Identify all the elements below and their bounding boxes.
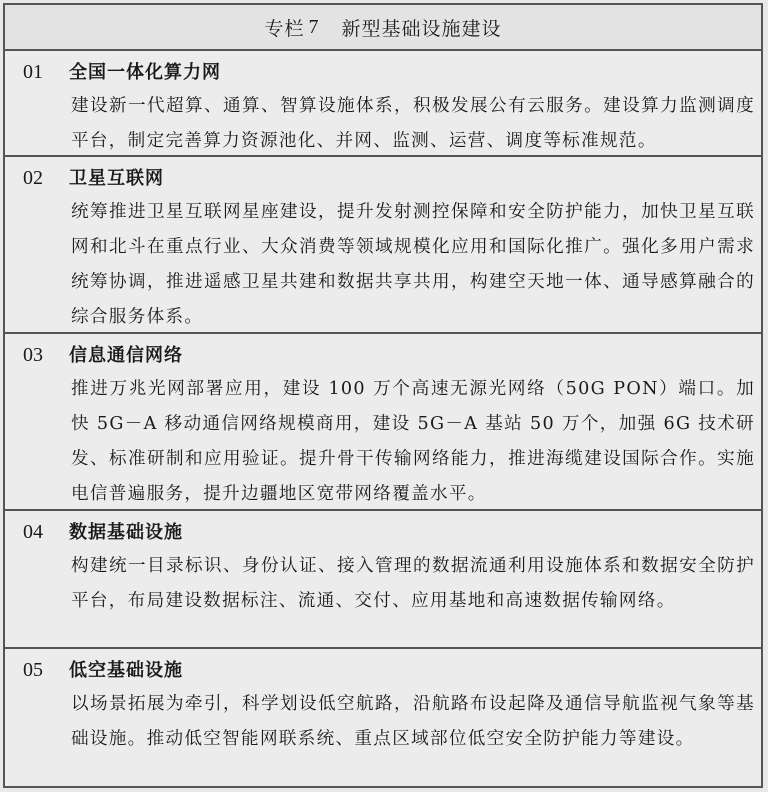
section-body: 以场景拓展为牵引，科学划设低空航路，沿航路布设起降及通信导航监视气象等基础设施。… bbox=[71, 687, 755, 757]
section-title: 低空基础设施 bbox=[69, 654, 183, 688]
column-title: 新型基础设施建设 bbox=[342, 14, 502, 41]
section-low-altitude-infrastructure: 05 低空基础设施 以场景拓展为牵引，科学划设低空航路，沿航路布设起降及通信导航… bbox=[5, 649, 761, 790]
section-computing-network: 01 全国一体化算力网 建设新一代超算、通算、智算设施体系，积极发展公有云服务。… bbox=[5, 51, 761, 157]
section-number: 02 bbox=[5, 161, 69, 195]
section-satellite-internet: 02 卫星互联网 统筹推进卫星互联网星座建设，提升发射测控保障和安全防护能力，加… bbox=[5, 157, 761, 334]
section-data-infrastructure: 04 数据基础设施 构建统一目录标识、身份认证、接入管理的数据流通利用设施体系和… bbox=[5, 511, 761, 649]
section-body: 建设新一代超算、通算、智算设施体系，积极发展公有云服务。建设算力监测调度平台，制… bbox=[71, 89, 755, 159]
section-body: 统筹推进卫星互联网星座建设，提升发射测控保障和安全防护能力，加快卫星互联网和北斗… bbox=[71, 195, 755, 335]
column-number: 7 bbox=[309, 16, 320, 39]
section-title: 数据基础设施 bbox=[69, 516, 183, 550]
section-number: 03 bbox=[5, 338, 69, 372]
section-title: 卫星互联网 bbox=[69, 162, 164, 196]
section-title: 全国一体化算力网 bbox=[69, 56, 221, 90]
section-title: 信息通信网络 bbox=[69, 339, 183, 373]
column-box: 专栏 7 新型基础设施建设 01 全国一体化算力网 建设新一代超算、通算、智算设… bbox=[3, 3, 763, 788]
section-number: 04 bbox=[5, 515, 69, 549]
column-header: 专栏 7 新型基础设施建设 bbox=[5, 5, 761, 51]
section-number: 05 bbox=[5, 653, 69, 687]
column-label: 专栏 bbox=[264, 14, 304, 41]
section-number: 01 bbox=[5, 55, 69, 89]
section-body: 构建统一目录标识、身份认证、接入管理的数据流通利用设施体系和数据安全防护平台，布… bbox=[71, 549, 755, 619]
section-body: 推进万兆光网部署应用，建设 100 万个高速无源光网络（50G PON）端口。加… bbox=[71, 372, 755, 512]
section-telecom-network: 03 信息通信网络 推进万兆光网部署应用，建设 100 万个高速无源光网络（50… bbox=[5, 334, 761, 511]
